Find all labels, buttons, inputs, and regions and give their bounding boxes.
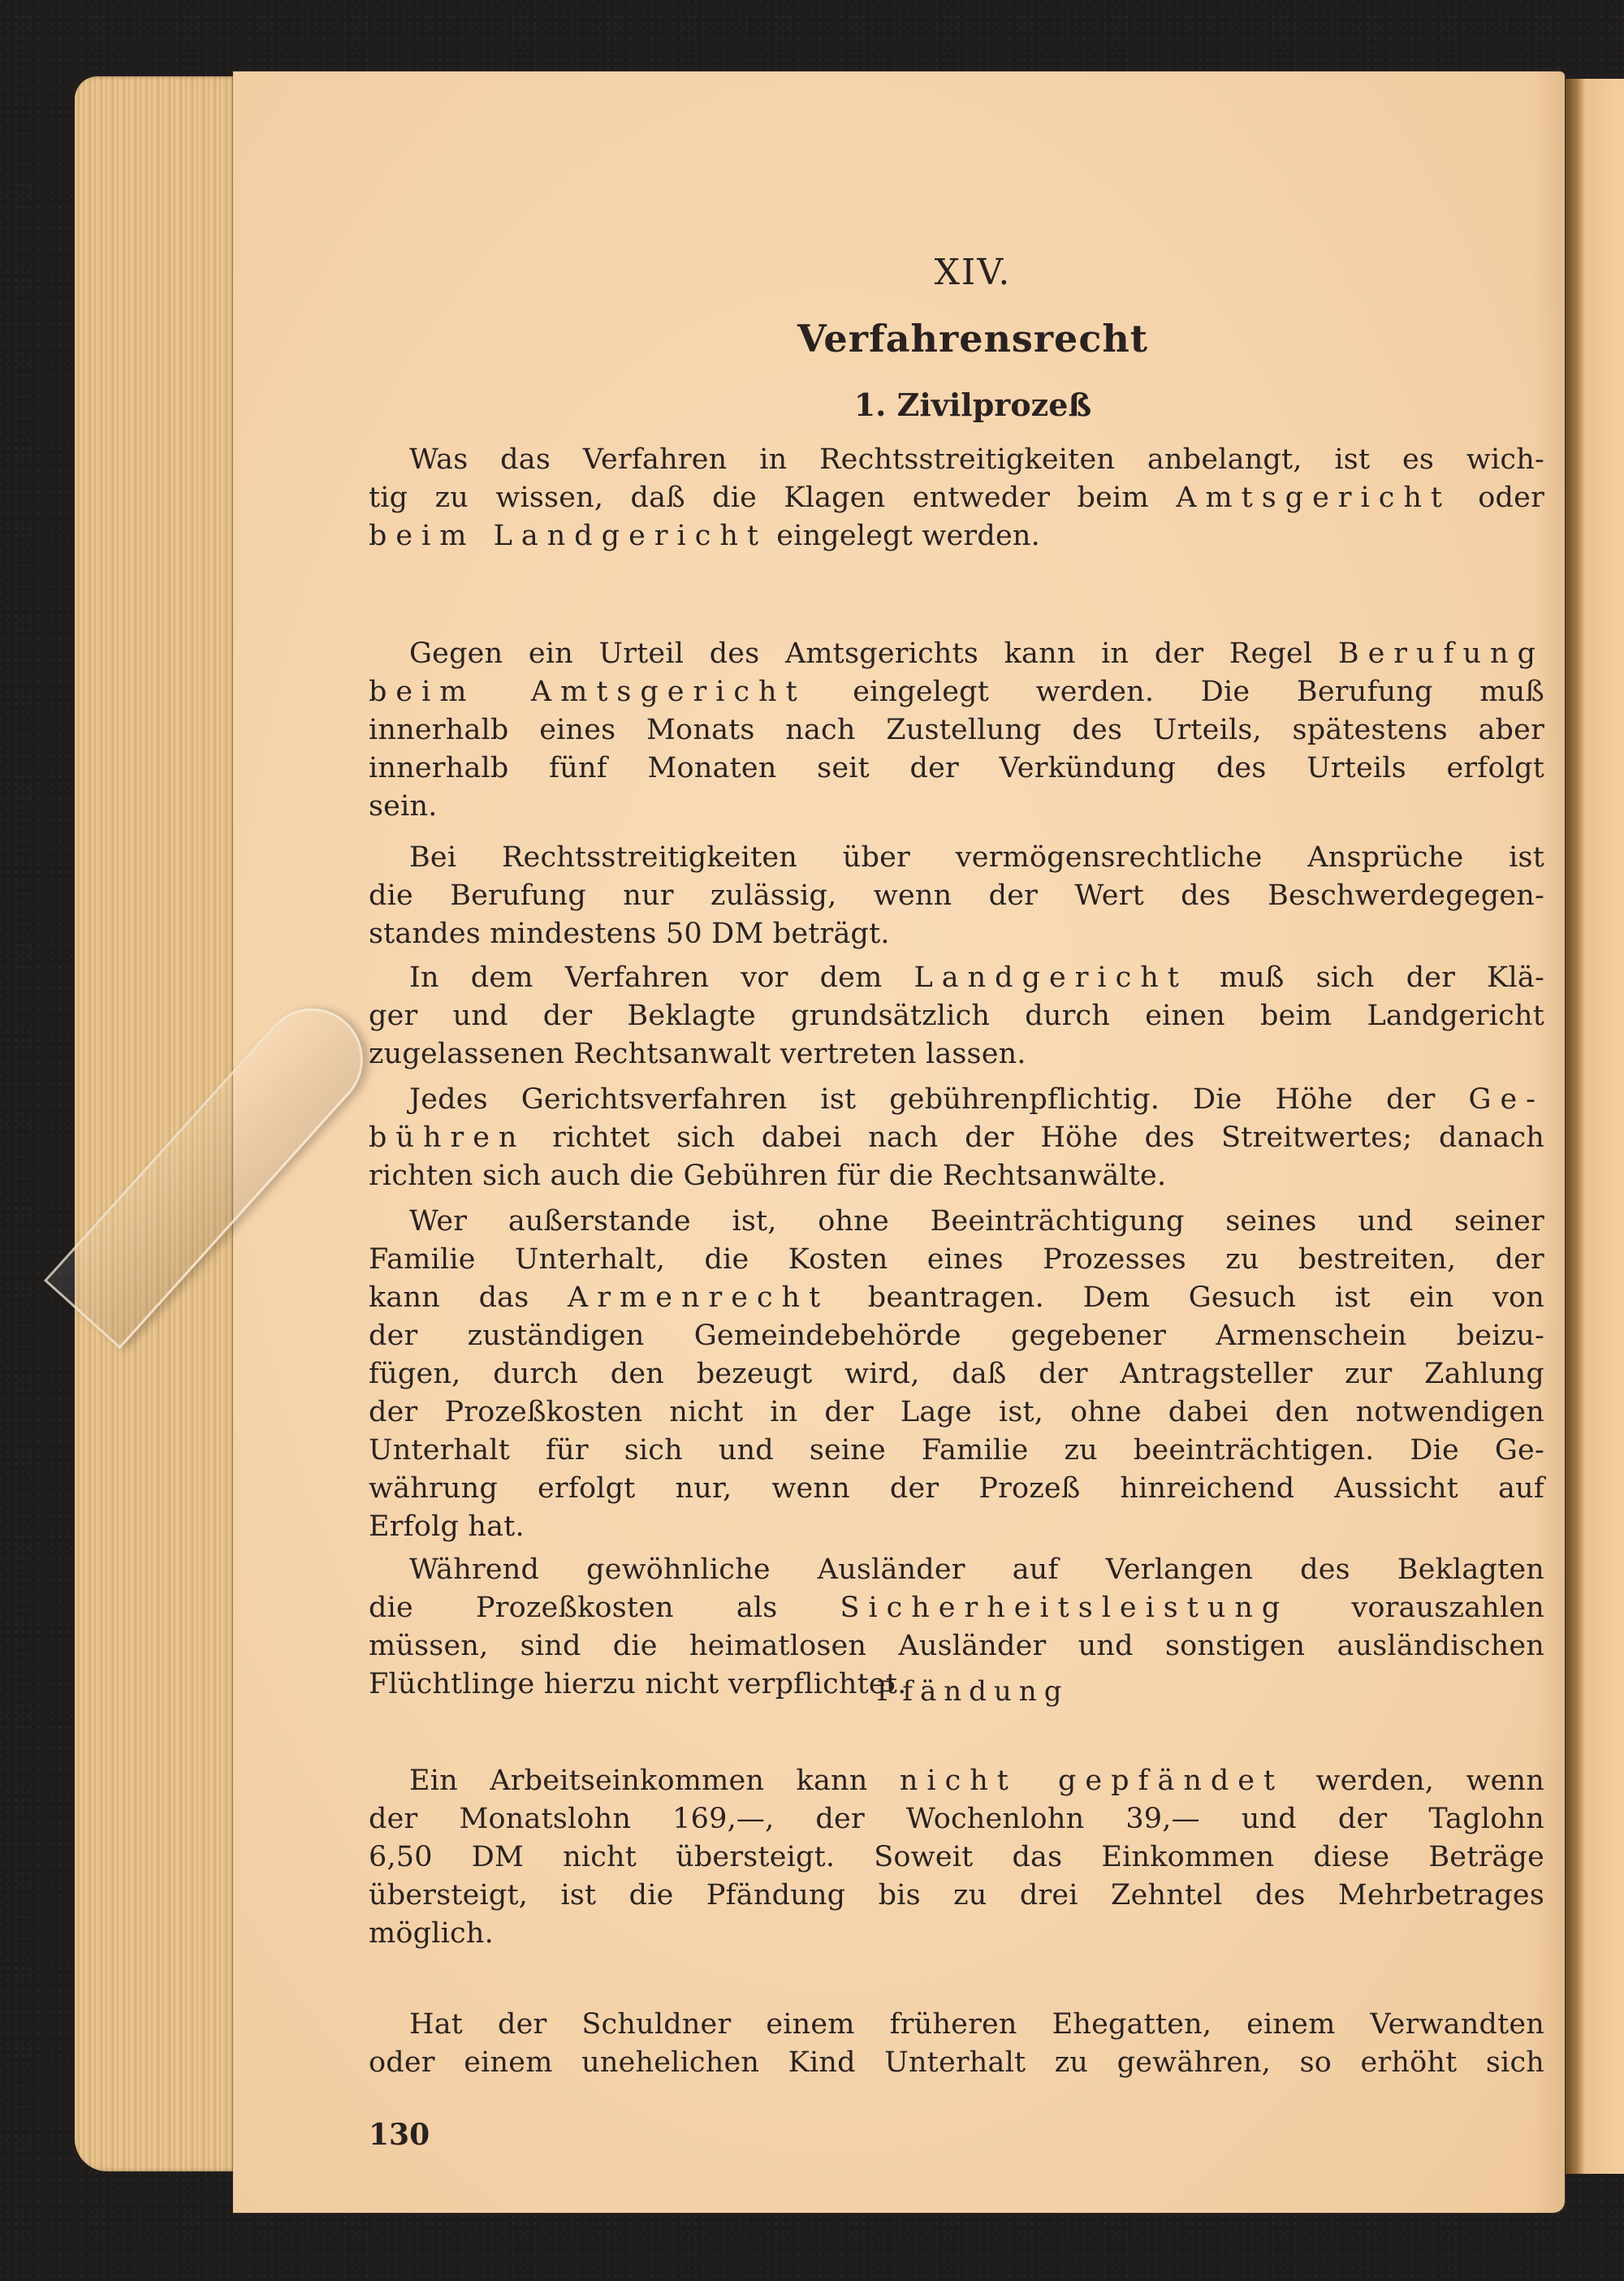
text-line: übersteigt, ist die Pfändung bis zu drei… xyxy=(369,1877,1544,1915)
emphasized-term: beim Landgericht xyxy=(369,520,767,552)
text-line: ger und der Beklagte grundsätzlich durch… xyxy=(369,997,1544,1035)
emphasized-term: beim Amtsgericht xyxy=(369,676,806,708)
text-line: die Berufung nur zulässig, wenn der Wert… xyxy=(369,877,1544,915)
emphasized-term: Armenrecht xyxy=(568,1281,829,1314)
book-page: XIV. Verfahrensrecht 1. Zivilprozeß Was … xyxy=(233,71,1565,2213)
paragraph-gebuehren: Jedes Gerichtsverfahren ist gebührenpfli… xyxy=(369,1081,1544,1195)
emphasized-term: Sicherheitsleistung xyxy=(840,1592,1289,1624)
text-line: währung erfolgt nur, wenn der Prozeß hin… xyxy=(369,1470,1544,1508)
text-segment: beantragen. Dem Gesuch ist ein von xyxy=(829,1281,1544,1314)
text-line: Ein Arbeitseinkommen kann nicht gepfände… xyxy=(369,1762,1544,1800)
paragraph-klagen: Was das Verfahren in Rechtsstreitigkeite… xyxy=(369,441,1544,555)
text-line: kann das Armenrecht beantragen. Dem Gesu… xyxy=(369,1279,1544,1317)
text-line: fügen, durch den bezeugt wird, daß der A… xyxy=(369,1355,1544,1393)
text-line: möglich. xyxy=(369,1915,1544,1953)
paragraph-schuldner: Hat der Schuldner einem früheren Ehegatt… xyxy=(369,2006,1544,2082)
text-segment: kann das xyxy=(369,1281,568,1314)
text-line: oder einem unehelichen Kind Unterhalt zu… xyxy=(369,2044,1544,2082)
text-segment: muß sich der Klä- xyxy=(1188,961,1544,994)
paragraph-vermoegensrecht: Bei Rechtsstreitigkeiten über vermögensr… xyxy=(369,839,1544,953)
text-line: Was das Verfahren in Rechtsstreitigkeite… xyxy=(369,441,1544,479)
text-segment: vorauszahlen xyxy=(1289,1592,1544,1624)
chapter-title: Verfahrensrecht xyxy=(369,317,1544,361)
text-segment: eingelegt werden. Die Berufung muß xyxy=(806,676,1544,708)
text-line: der zuständigen Gemeindebehörde gegebene… xyxy=(369,1317,1544,1355)
text-line: Erfolg hat. xyxy=(369,1508,1544,1546)
text-line: Jedes Gerichtsverfahren ist gebührenpfli… xyxy=(369,1081,1544,1119)
paragraph-berufung: Gegen ein Urteil des Amtsgerichts kann i… xyxy=(369,635,1544,826)
text-segment: tig zu wissen, daß die Klagen entweder b… xyxy=(369,482,1176,514)
facing-page-edge xyxy=(1566,79,1624,2174)
text-line: beim Amtsgericht eingelegt werden. Die B… xyxy=(369,673,1544,711)
emphasized-term: Berufung xyxy=(1338,637,1544,670)
text-line: Unterhalt für sich und seine Familie zu … xyxy=(369,1432,1544,1470)
text-segment: werden, wenn xyxy=(1284,1765,1544,1797)
paragraph-arbeitseinkommen: Ein Arbeitseinkommen kann nicht gepfände… xyxy=(369,1762,1544,1953)
emphasized-term: Amtsgericht xyxy=(1176,482,1451,514)
emphasized-term: Ge- xyxy=(1469,1083,1545,1116)
text-line: die Prozeßkosten als Sicherheitsleistung… xyxy=(369,1589,1544,1627)
chapter-number: XIV. xyxy=(369,252,1544,293)
paragraph-armenrecht: Wer außerstande ist, ohne Beeinträchtigu… xyxy=(369,1203,1544,1546)
text-segment: In dem Verfahren vor dem xyxy=(409,961,914,994)
section-title: 1. Zivilprozeß xyxy=(369,387,1544,423)
text-line: Wer außerstande ist, ohne Beeinträchtigu… xyxy=(369,1203,1544,1241)
text-line: Familie Unterhalt, die Kosten eines Proz… xyxy=(369,1241,1544,1279)
text-segment: richtet sich dabei nach der Höhe des Str… xyxy=(525,1121,1544,1154)
text-line: innerhalb fünf Monaten seit der Verkündu… xyxy=(369,750,1544,788)
text-line: Hat der Schuldner einem früheren Ehegatt… xyxy=(369,2006,1544,2044)
emphasized-term: nicht gepfändet xyxy=(900,1765,1284,1797)
text-line: Während gewöhnliche Ausländer auf Verlan… xyxy=(369,1551,1544,1589)
text-line: der Prozeßkosten nicht in der Lage ist, … xyxy=(369,1393,1544,1432)
text-line: In dem Verfahren vor dem Landgericht muß… xyxy=(369,959,1544,997)
text-line: müssen, sind die heimatlosen Ausländer u… xyxy=(369,1627,1544,1665)
text-line: tig zu wissen, daß die Klagen entweder b… xyxy=(369,479,1544,517)
text-segment: Jedes Gerichtsverfahren ist gebührenpfli… xyxy=(409,1083,1469,1116)
paragraph-landgericht: In dem Verfahren vor dem Landgericht muß… xyxy=(369,959,1544,1074)
text-line: 6,50 DM nicht übersteigt. Soweit das Ein… xyxy=(369,1838,1544,1877)
text-line: der Monatslohn 169,—, der Wochenlohn 39,… xyxy=(369,1800,1544,1838)
text-segment: eingelegt werden. xyxy=(767,520,1040,552)
text-line: bühren richtet sich dabei nach der Höhe … xyxy=(369,1119,1544,1157)
emphasized-term: Landgericht xyxy=(914,961,1188,994)
text-line: Bei Rechtsstreitigkeiten über vermögensr… xyxy=(369,839,1544,877)
text-line: standes mindestens 50 DM beträgt. xyxy=(369,915,1544,953)
text-line: Gegen ein Urteil des Amtsgerichts kann i… xyxy=(369,635,1544,673)
text-line: richten sich auch die Gebühren für die R… xyxy=(369,1157,1544,1195)
subsection-title: Pfändung xyxy=(369,1675,1544,1708)
text-line: sein. xyxy=(369,788,1544,826)
text-segment: oder xyxy=(1451,482,1544,514)
text-segment: Ein Arbeitseinkommen kann xyxy=(409,1765,900,1797)
text-line: innerhalb eines Monats nach Zustellung d… xyxy=(369,711,1544,750)
emphasized-term: bühren xyxy=(369,1121,525,1154)
text-line: beim Landgericht eingelegt werden. xyxy=(369,517,1544,555)
page-number: 130 xyxy=(369,2118,430,2152)
text-line: zugelassenen Rechtsanwalt vertreten lass… xyxy=(369,1035,1544,1074)
text-segment: die Prozeßkosten als xyxy=(369,1592,840,1624)
text-segment: Gegen ein Urteil des Amtsgerichts kann i… xyxy=(409,637,1338,670)
